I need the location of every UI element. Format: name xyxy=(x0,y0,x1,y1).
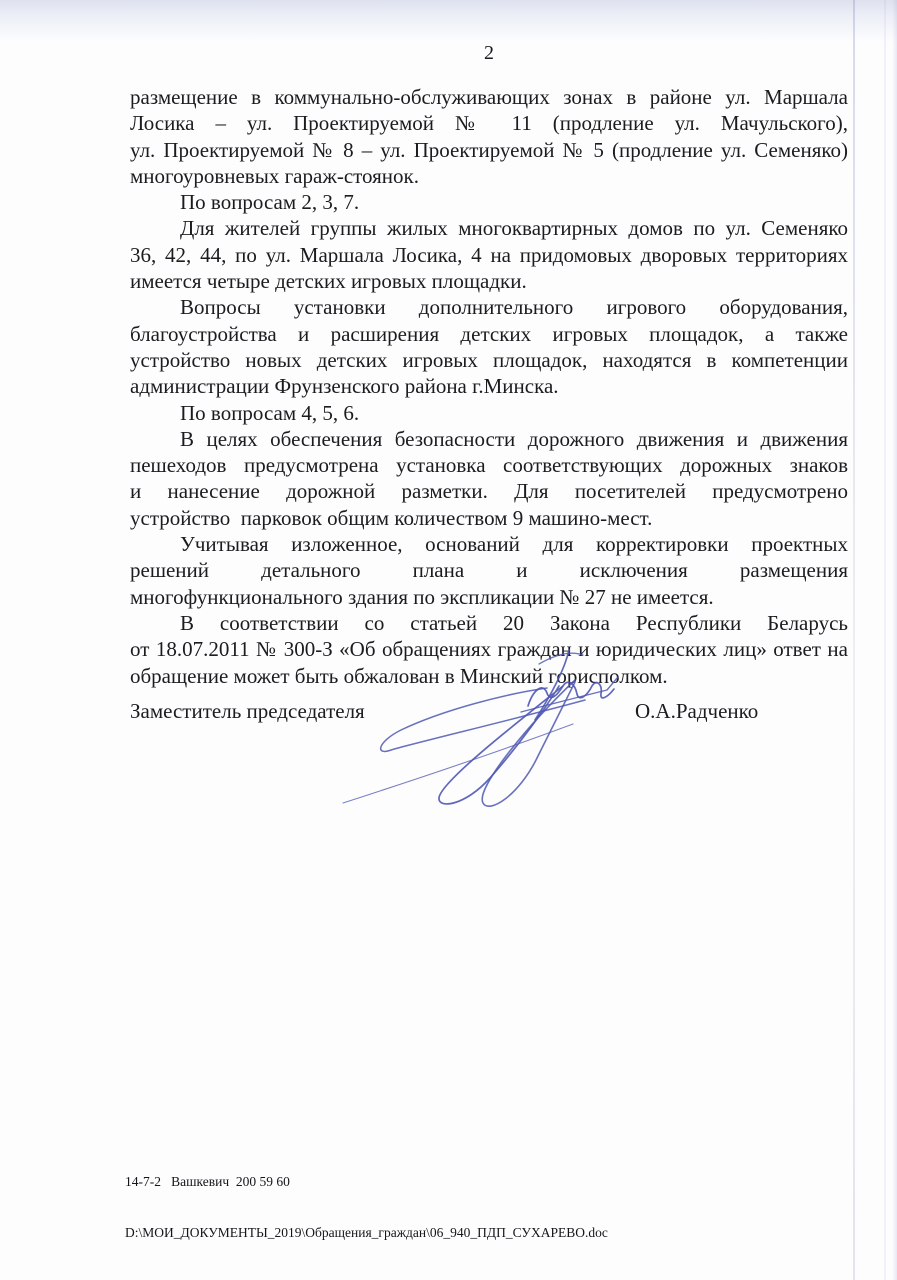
paragraph: В целях обеспечения безопасности дорожно… xyxy=(130,426,848,531)
letter-body: размещение в коммунально-обслуживающих з… xyxy=(130,84,848,689)
text-line: По вопросам 4, 5, 6. xyxy=(130,400,848,426)
paragraph: По вопросам 2, 3, 7. xyxy=(130,189,848,215)
text-line: имеется четыре детских игровых площадки. xyxy=(130,268,848,294)
executor-reference: 14-7-2 Вашкевич 200 59 60 xyxy=(125,1173,608,1190)
text-line: ул. Проектируемой № 8 – ул. Проектируемо… xyxy=(130,137,848,163)
signer-title: Заместитель председателя xyxy=(130,699,365,724)
page-number: 2 xyxy=(130,42,848,65)
text-line: Учитывая изложенное, оснований для корре… xyxy=(130,531,848,557)
text-line: администрации Фрунзенского района г.Минс… xyxy=(130,373,848,399)
text-line: устройство новых детских игровых площадо… xyxy=(130,347,848,373)
signer-name: О.А.Радченко xyxy=(635,699,758,724)
text-line: устройство парковок общим количеством 9 … xyxy=(130,505,848,531)
text-line: размещение в коммунально-обслуживающих з… xyxy=(130,84,848,110)
text-line: В целях обеспечения безопасности дорожно… xyxy=(130,426,848,452)
text-line: многофункционального здания по экспликац… xyxy=(130,584,848,610)
scan-fold-line-secondary xyxy=(884,0,886,1280)
text-line: благоустройства и расширения детских игр… xyxy=(130,321,848,347)
handwritten-signature-ink xyxy=(335,638,635,816)
paragraph: Для жителей группы жилых многоквартирных… xyxy=(130,215,848,294)
scan-fold-line xyxy=(853,0,855,1280)
text-line: 36, 42, 44, по ул. Маршала Лосика, 4 на … xyxy=(130,242,848,268)
text-line: Вопросы установки дополнительного игрово… xyxy=(130,294,848,320)
text-line: Для жителей группы жилых многоквартирных… xyxy=(130,215,848,241)
paragraph: Вопросы установки дополнительного игрово… xyxy=(130,294,848,399)
page-edge-shadow xyxy=(892,0,897,1280)
text-line: многоуровневых гараж-стоянок. xyxy=(130,163,848,189)
file-path-reference: D:\МОИ_ДОКУМЕНТЫ_2019\Обращения_граждан\… xyxy=(125,1224,608,1241)
text-line: и нанесение дорожной разметки. Для посет… xyxy=(130,478,848,504)
document-footer: 14-7-2 Вашкевич 200 59 60 D:\МОИ_ДОКУМЕН… xyxy=(125,1139,608,1275)
text-line: Лосика – ул. Проектируемой № 11 (продлен… xyxy=(130,110,848,136)
paragraph: размещение в коммунально-обслуживающих з… xyxy=(130,84,848,189)
paragraph: По вопросам 4, 5, 6. xyxy=(130,400,848,426)
text-line: решений детального плана и исключения ра… xyxy=(130,557,848,583)
text-line: пешеходов предусмотрена установка соотве… xyxy=(130,452,848,478)
text-line: По вопросам 2, 3, 7. xyxy=(130,189,848,215)
scanned-letter-page: 2 размещение в коммунально-обслуживающих… xyxy=(0,0,897,1280)
text-line: В соответствии со статьей 20 Закона Респ… xyxy=(130,610,848,636)
paragraph: Учитывая изложенное, оснований для корре… xyxy=(130,531,848,610)
scan-top-shadow xyxy=(0,0,897,42)
